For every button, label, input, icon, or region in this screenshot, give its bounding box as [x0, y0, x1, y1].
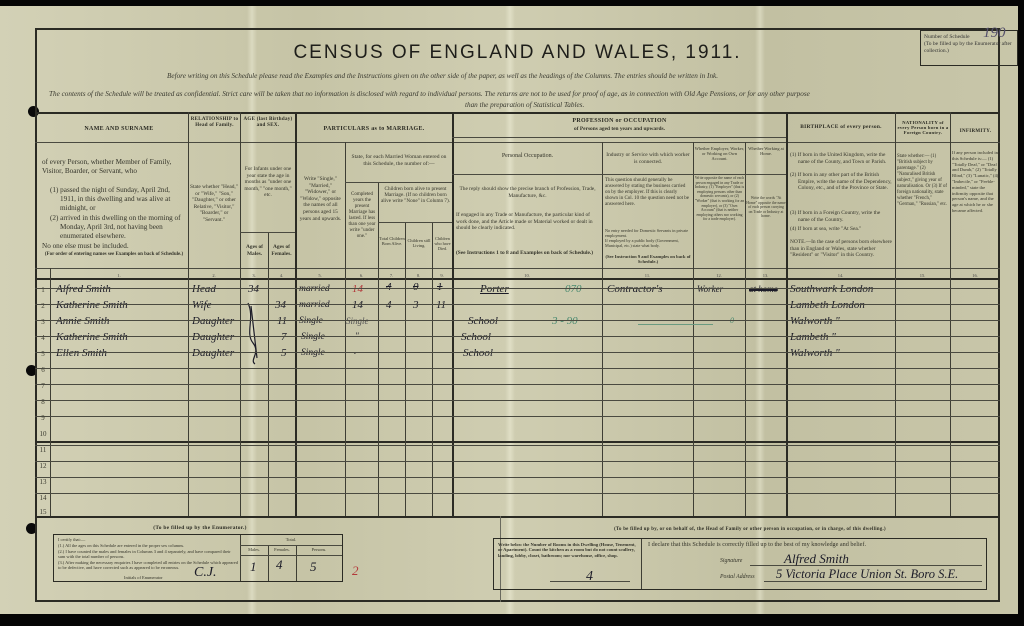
occupation-cell[interactable]: School [461, 331, 491, 343]
row-rule [35, 304, 1000, 305]
col-line [378, 182, 379, 516]
relationship-cell[interactable]: Daughter [192, 315, 234, 327]
header-divider [35, 142, 1000, 143]
still-living-cell[interactable]: 0 [413, 281, 419, 293]
header-occupation-subtitle: of Persons aged ten years and upwards. [453, 126, 786, 133]
occupation-cell[interactable]: School [463, 347, 493, 359]
householder-heading: (To be filled up by, or on behalf of, th… [500, 526, 1000, 533]
age-female-cell[interactable]: 5 [281, 347, 287, 359]
sub-header-line [345, 182, 452, 183]
header-industry-body-1: This question should generally be answer… [605, 178, 691, 208]
colnum-divider-top [35, 268, 1000, 269]
row-rule [35, 320, 1000, 321]
enumerator-tally-mark-icon [243, 298, 263, 368]
occupation-code: 3 - 90 [552, 315, 578, 327]
column-number-6: 6. [345, 273, 378, 278]
column-number-9: 9. [432, 273, 452, 278]
col-line [452, 112, 454, 516]
header-ages-females: Ages of Females. [268, 244, 295, 257]
total-divider [240, 545, 342, 546]
col-line [50, 268, 51, 516]
column-number-15: 15. [895, 273, 950, 278]
green-tick-line [638, 324, 713, 325]
col-line [950, 112, 951, 516]
sub-header-line [378, 222, 452, 223]
still-living-cell[interactable]: 3 [413, 299, 419, 311]
signature-label: Signature [720, 558, 780, 565]
total-born-cell[interactable]: 4 [386, 299, 392, 311]
header-industry-body-4: (See Instruction 9 and Examples on back … [605, 254, 691, 265]
header-personal-body-3: (See Instructions 1 to 8 and Examples on… [456, 250, 600, 257]
header-age-body: For Infants under one year state the age… [242, 166, 294, 199]
header-birthplace-body-4: (4) If born at sea, write "At Sea." [790, 226, 893, 233]
schedule-number-value[interactable]: 190 [983, 30, 1006, 37]
row-rule [35, 400, 1000, 401]
column-number-14: 14. [786, 273, 895, 278]
birthplace-cell[interactable]: Walworth " [790, 347, 840, 359]
header-occupation: PROFESSION or OCCUPATION [453, 118, 786, 125]
schedule-number-note: (To be filled up by the Enumerator after… [924, 41, 1014, 55]
row-number: 12 [37, 462, 49, 470]
row-number: 11 [37, 446, 49, 454]
name-cell[interactable]: Katherine Smith [56, 331, 128, 343]
header-name-body-4: No one else must be included. [42, 242, 186, 251]
col-line [432, 222, 433, 516]
header-name-body-1: of every Person, whether Member of Famil… [42, 158, 186, 176]
males-label: Males. [240, 547, 268, 554]
at-home-cell[interactable]: at home [749, 284, 778, 294]
name-cell[interactable]: Ellen Smith [56, 347, 107, 359]
column-number-7: 7. [378, 273, 405, 278]
enumerator-heading: (To be filled up by the Enumerator.) [60, 525, 340, 532]
industry-cell[interactable]: Contractor's [607, 283, 663, 295]
address-value[interactable]: 5 Victoria Place Union St. Boro S.E. [776, 567, 958, 582]
col-line [295, 112, 297, 516]
name-cell[interactable]: Alfred Smith [56, 283, 111, 295]
row-rule [35, 368, 1000, 369]
header-name-body-2: (1) passed the night of Sunday, April 2n… [42, 186, 186, 213]
column-number-13: 13. [745, 273, 786, 278]
sub-header-line [240, 232, 295, 233]
header-personal-body-2: If engaged in any Trade or Manufacture, … [456, 212, 600, 232]
instruction-line: Before writing on this Schedule please r… [167, 72, 718, 80]
total-females-value[interactable]: 4 [276, 557, 283, 573]
females-label: Females. [268, 547, 296, 554]
header-birthplace-body-3: (3) If born in a Foreign Country, write … [790, 210, 893, 223]
marital-cell[interactable]: married [299, 284, 330, 294]
marital-cell[interactable]: married [299, 300, 330, 310]
occupation-code: 070 [565, 283, 582, 295]
row-number: 15 [37, 508, 49, 516]
header-name-body-3: (2) arrived in this dwelling on the morn… [42, 214, 186, 241]
occupation-cell[interactable]: School [468, 315, 498, 327]
header-industry: Industry or Service with which worker is… [604, 152, 692, 165]
column-number-10: 10. [452, 273, 602, 278]
column-number-8: 8. [405, 273, 432, 278]
rooms-value[interactable]: 4 [586, 569, 593, 585]
confidential-line-2: than the preparation of Statistical Tabl… [465, 101, 584, 109]
col-line [405, 222, 406, 516]
header-still-living: Children still Living. [406, 238, 432, 248]
birthplace-cell[interactable]: Lambeth " [790, 331, 836, 343]
initials-label: Initials of Enumerator [124, 575, 184, 582]
row-rule [35, 445, 1000, 446]
declaration: I declare that this Schedule is correctl… [648, 542, 988, 549]
header-age: AGE (last Birthday) and SEX. [241, 117, 295, 128]
row-rule [35, 477, 1000, 478]
relationship-cell[interactable]: Daughter [192, 331, 234, 343]
certify-item-2: (2.) I have counted the males and female… [58, 549, 238, 560]
column-number-16: 16. [950, 273, 1000, 278]
total-males-value[interactable]: 1 [250, 559, 257, 575]
signature-value[interactable]: Alfred Smith [784, 551, 849, 567]
initials-value[interactable]: C.J. [194, 565, 217, 581]
header-completed-years: Completed years the present Marriage has… [346, 192, 378, 240]
total-label: Total. [240, 537, 342, 544]
header-personal-occupation: Personal Occupation. [454, 153, 601, 160]
sub-header-line [452, 174, 786, 175]
document-title: CENSUS OF ENGLAND AND WALES, 1911. [37, 42, 998, 64]
column-number-3: 3. [240, 273, 268, 278]
years-married-cell[interactable]: . [354, 346, 356, 356]
certify-item-1: (1.) All the ages on this Schedule are e… [58, 543, 238, 548]
marital-cell[interactable]: Single [301, 332, 325, 342]
birthplace-cell[interactable]: Southwark London [790, 283, 873, 295]
col-line [240, 112, 241, 516]
marital-cell[interactable]: Single [301, 348, 325, 358]
years-married-cell[interactable]: 14 [352, 283, 363, 295]
occupation-cell[interactable]: Porter [480, 283, 509, 295]
header-employer: Whether Employer, Worker, or Working on … [694, 146, 745, 162]
name-cell[interactable]: Annie Smith [56, 315, 109, 327]
red-correction-mark: 2 [352, 563, 359, 579]
column-number-2: 2. [188, 273, 240, 278]
census-schedule-paper: CENSUS OF ENGLAND AND WALES, 1911. Befor… [0, 6, 1018, 614]
persons-label: Persons. [296, 547, 342, 554]
column-number-4: 4. [268, 273, 295, 278]
birthplace-cell[interactable]: Lambeth London [790, 299, 865, 311]
relationship-cell[interactable]: Wife [192, 299, 212, 311]
died-cell[interactable]: 1 [437, 281, 443, 293]
header-nationality-body: State whether:— (1) "British subject by … [897, 154, 949, 208]
schedule-number-box: Number of Schedule (To be filled up by t… [920, 30, 1018, 66]
total-persons-value[interactable]: 5 [310, 559, 317, 575]
header-infirmity-body: If any person included in this Schedule … [952, 150, 999, 214]
certify-intro: I certify that:— [58, 537, 238, 542]
years-married-cell[interactable]: 14 [352, 299, 363, 311]
colnum-divider-bottom [35, 278, 1000, 280]
header-children-born-alive: Children born alive to present Marriage.… [379, 186, 452, 204]
header-birthplace-body-5: NOTE.—In the case of persons born elsewh… [790, 239, 893, 259]
row-10-divider [35, 441, 1000, 443]
header-at-home: Whether Working at Home. [746, 146, 786, 156]
header-employer-body: Write opposite the name of each person e… [694, 176, 745, 222]
row-rule [35, 493, 1000, 494]
column-number-1: 1. [50, 273, 188, 278]
header-name-body-5: (For order of entering names see Example… [42, 252, 186, 259]
enumerator-box: I certify that:— (1.) All the ages on th… [53, 534, 343, 582]
header-birthplace: BIRTHPLACE of every person. [787, 124, 895, 131]
col-line [602, 142, 603, 516]
confidential-line-1: The contents of the Schedule will be tre… [49, 90, 810, 98]
address-label: Postal Address [720, 574, 780, 581]
age-female-cell[interactable]: 11 [277, 315, 287, 327]
header-nationality: NATIONALITY of every Person born in a Fo… [896, 120, 950, 136]
name-cell[interactable]: Katherine Smith [56, 299, 128, 311]
header-birthplace-body-1: (1) If born in the United Kingdom, write… [790, 152, 893, 165]
row-rule [35, 288, 1000, 289]
table-top-border [35, 112, 1000, 114]
row-rule [35, 461, 1000, 462]
header-marriage-status-body: Write "Single," "Married," "Widower," or… [297, 176, 344, 222]
col-line [895, 112, 896, 516]
row-number: 14 [37, 494, 49, 502]
col-line [188, 112, 189, 516]
row-rule [35, 416, 1000, 417]
householder-box: Write below the Number of Rooms in this … [493, 538, 987, 590]
header-personal-body-1: The reply should show the precise branch… [455, 186, 600, 199]
column-number-11: 11. [602, 273, 693, 278]
col-line [786, 112, 788, 516]
total-divider [240, 555, 342, 556]
header-industry-body-2: No entry needed for Domestic Servants in… [605, 228, 691, 238]
employer-status-cell[interactable]: Worker [697, 284, 723, 294]
header-industry-body-3: If employed by a public body (Government… [605, 238, 691, 248]
relationship-cell[interactable]: Head [192, 283, 216, 295]
total-born-cell[interactable]: 4 [386, 281, 392, 293]
header-relationship-body: State whether "Head," or "Wife," "Son," … [190, 184, 238, 224]
header-marriage: PARTICULARS as to MARRIAGE. [296, 126, 452, 133]
died-cell[interactable]: 11 [436, 299, 446, 311]
table-bottom-border [35, 516, 1000, 518]
marital-cell[interactable]: Single [299, 316, 323, 326]
relationship-cell[interactable]: Daughter [192, 347, 234, 359]
header-died: Children who have Died. [433, 236, 452, 252]
header-relationship: RELATIONSHIP to Head of Family. [189, 117, 240, 128]
row-rule [35, 384, 1000, 385]
years-married-cell[interactable]: Single [346, 316, 369, 326]
header-at-home-body: Write the words "At Home" opposite the n… [746, 196, 786, 219]
header-total-born: Total Children Born Alive. [379, 236, 405, 246]
col-line [641, 539, 642, 589]
header-birthplace-body-2: (2) If born in any other part of the Bri… [790, 172, 893, 192]
header-name: NAME AND SURNAME [50, 126, 188, 133]
header-married-woman: State, for each Married Woman entered on… [347, 154, 451, 167]
age-male-cell[interactable]: 34 [248, 283, 259, 295]
column-number-5: 5. [295, 273, 345, 278]
row-rule [35, 336, 1000, 337]
row-rule [35, 352, 1000, 353]
header-ages-males: Ages of Males. [241, 244, 268, 257]
birthplace-cell[interactable]: Walworth " [790, 315, 840, 327]
header-infirmity: INFIRMITY. [951, 128, 1000, 135]
age-female-cell[interactable]: 34 [275, 299, 286, 311]
column-number-12: 12. [693, 273, 745, 278]
row-number: 10 [37, 430, 49, 438]
row-number: 13 [37, 478, 49, 486]
age-female-cell[interactable]: 7 [281, 331, 287, 343]
rooms-instruction: Write below the Number of Rooms in this … [498, 542, 640, 558]
sub-header-line [452, 137, 786, 138]
